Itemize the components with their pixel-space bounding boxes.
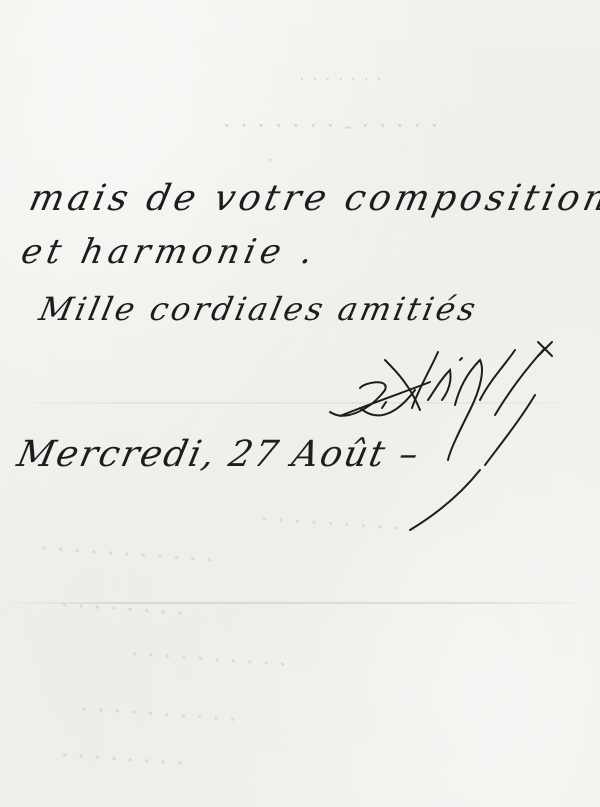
reverse-bleed-text: · · · · · · · · · · bbox=[79, 695, 238, 736]
dateline: Mercredi, 27 Août – bbox=[14, 434, 424, 475]
reverse-bleed-text: · · · · · · · · bbox=[59, 741, 185, 780]
letterhead-showthrough-line: · · · · · - · · · · · · · bbox=[30, 112, 600, 140]
closing-line: Mille cordiales amitiés bbox=[36, 290, 482, 328]
reverse-bleed-text: · · · · · · · · bbox=[59, 591, 185, 630]
letter-page: · · · · · · · · · · · · - · · · · · · · … bbox=[0, 0, 600, 807]
reverse-bleed-text: · · · · · · · · · · · bbox=[39, 534, 214, 576]
letterhead-showthrough-line: · · · · · · · bbox=[40, 70, 600, 90]
letterhead-showthrough-line: · bbox=[0, 150, 570, 171]
reverse-bleed-text: · · · · · · · · · · bbox=[129, 640, 288, 681]
letter-line: et harmonie . bbox=[18, 232, 322, 272]
letter-line: mais de votre composition bbox=[26, 178, 600, 219]
